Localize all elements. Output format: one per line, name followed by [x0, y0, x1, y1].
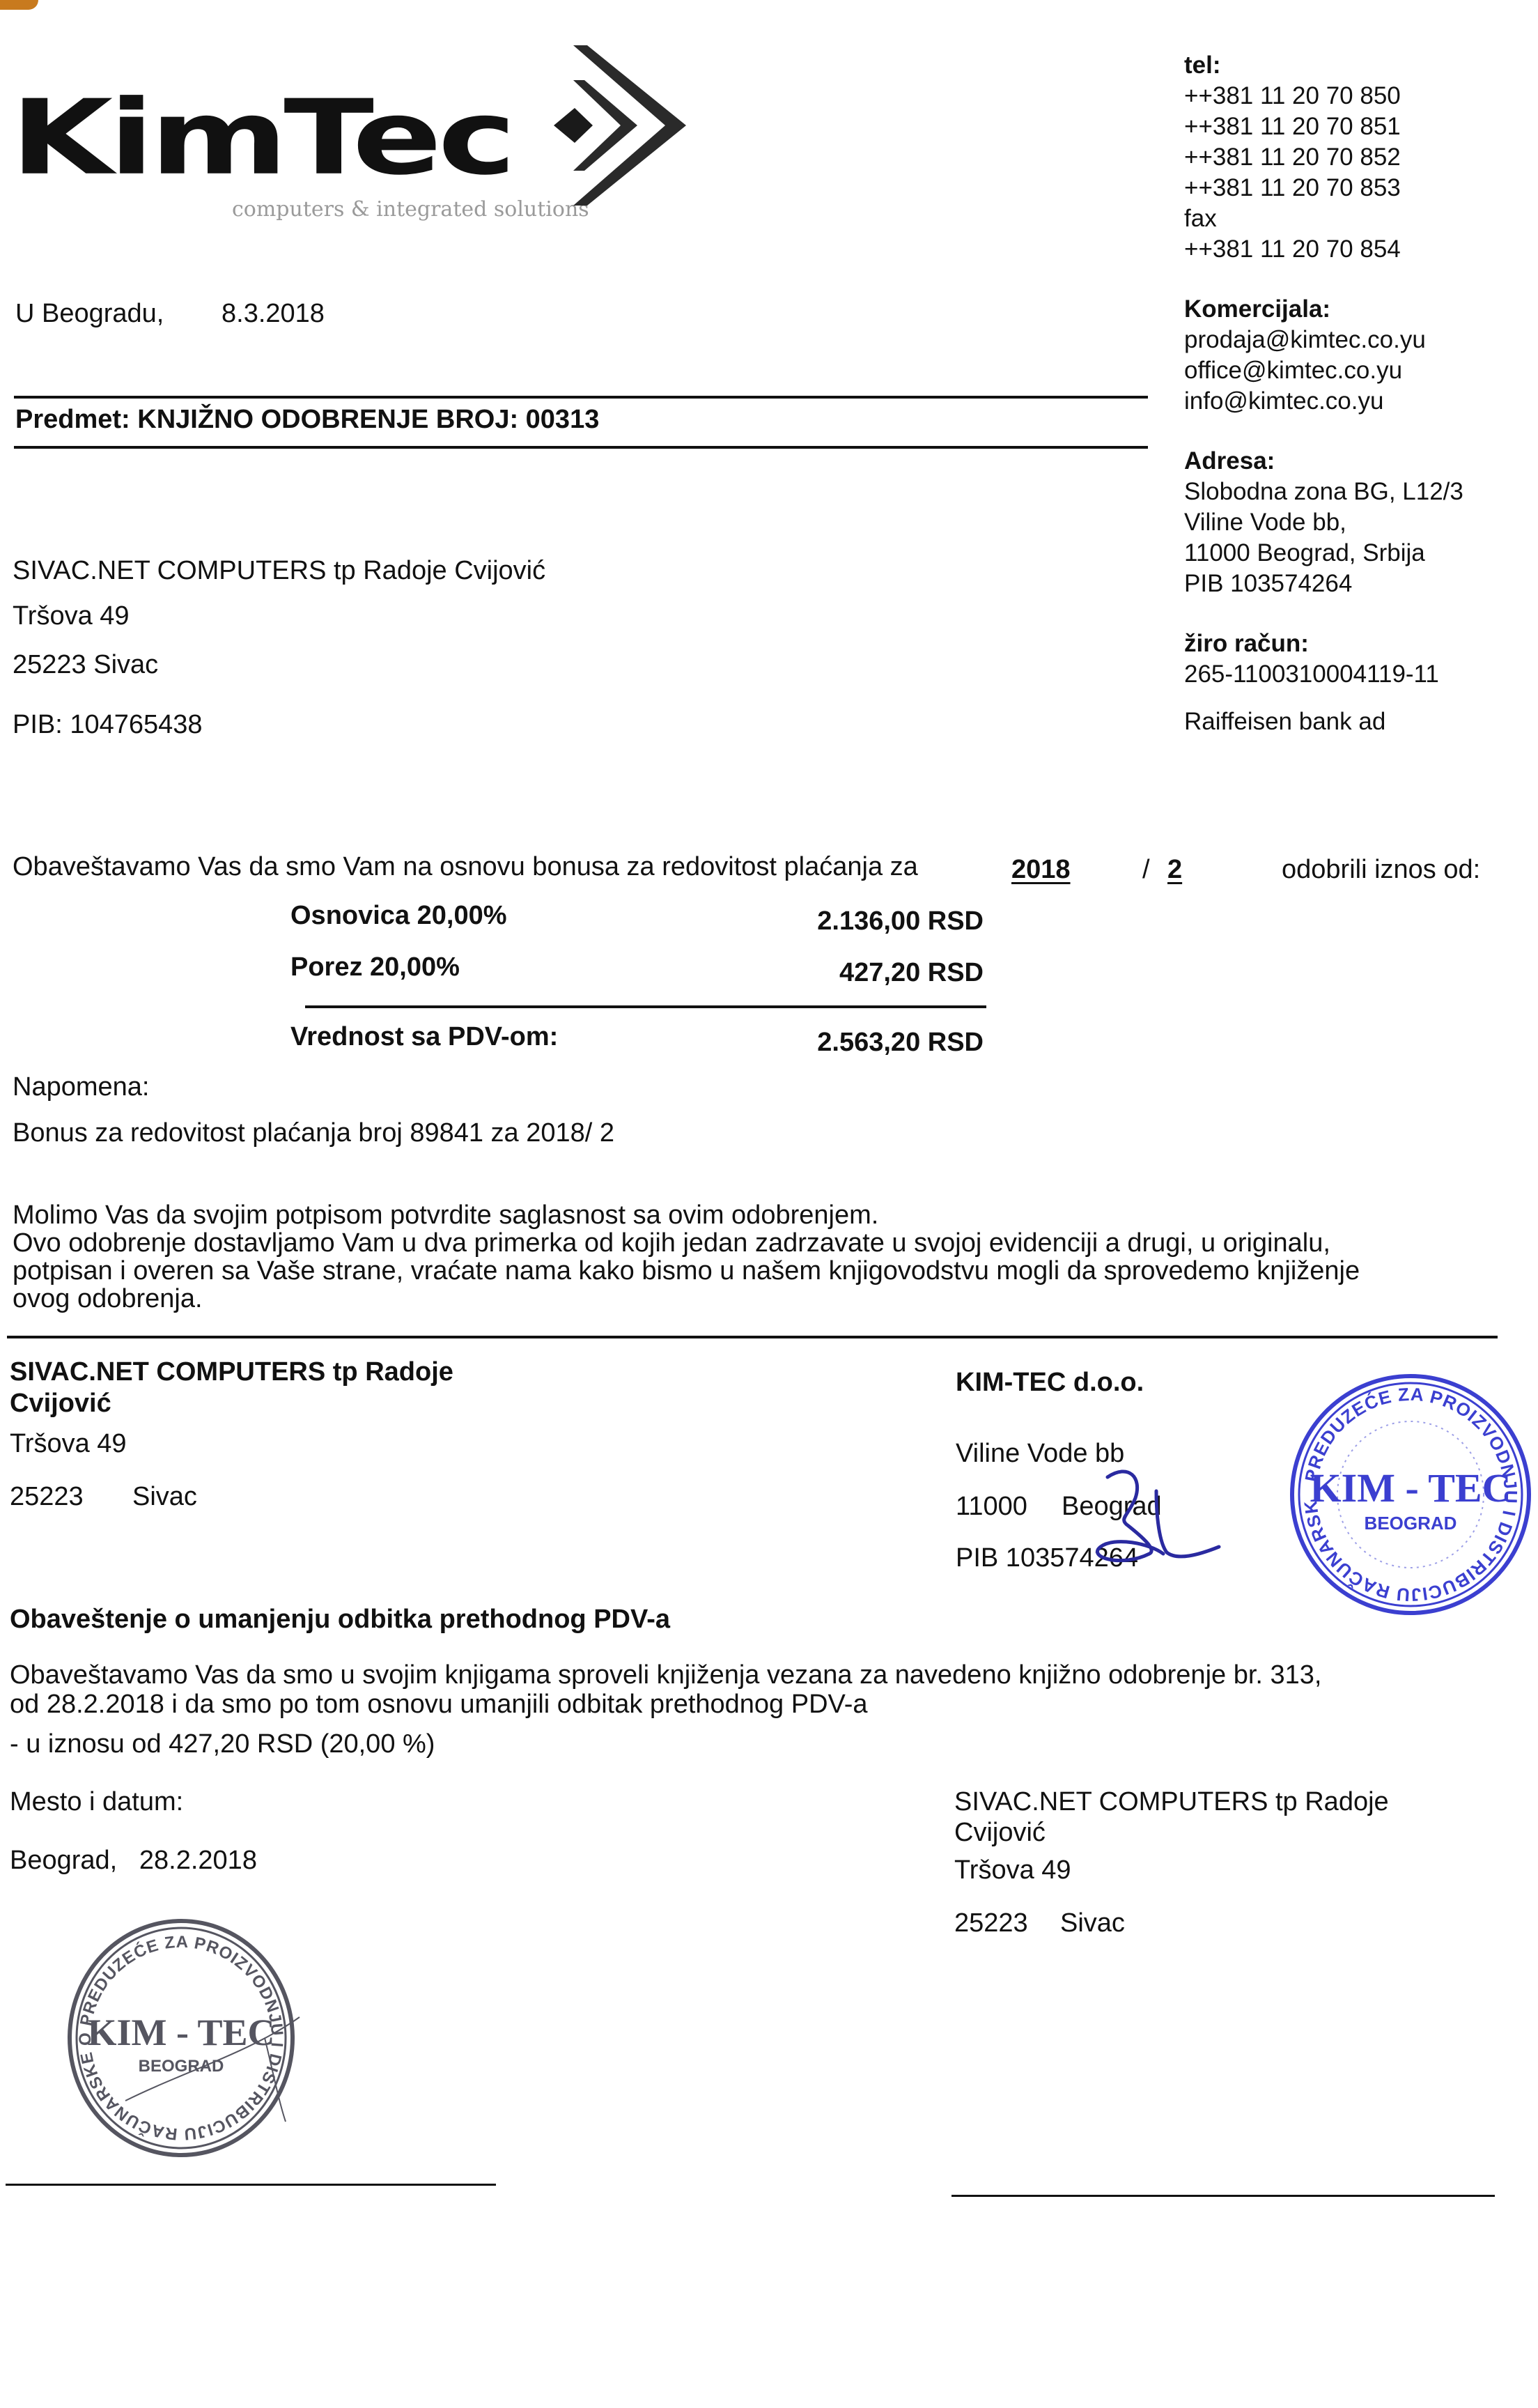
seller-zip: 11000	[956, 1491, 1027, 1522]
signature-mark	[1080, 1463, 1233, 1568]
double-chevron-right-icon	[554, 45, 693, 206]
commercial-label: Komercijala:	[1184, 294, 1463, 325]
scan-corner-mark	[0, 0, 38, 10]
vat-notice-line: od 28.2.2018 i da smo po tom osnovu uman…	[10, 1690, 868, 1719]
address-line-1: Slobodna zona BG, L12/3	[1184, 477, 1463, 507]
signer-name-line2: Cvijović	[954, 1817, 1046, 1848]
svg-text:BEOGRAD: BEOGRAD	[139, 2057, 224, 2076]
company-logo: KimTec computers & integrated solutions	[10, 42, 693, 223]
tel-label: tel:	[1184, 50, 1463, 81]
notice-period: 2	[1167, 854, 1182, 885]
notice-outro: odobrili iznos od:	[1282, 854, 1480, 885]
amount-label-base: Osnovica 20,00%	[290, 900, 507, 931]
recipient-street: Tršova 49	[13, 601, 130, 631]
company-pib: PIB 103574264	[1184, 569, 1463, 599]
divider	[14, 446, 1148, 449]
amount-label-tax: Porez 20,00%	[290, 952, 460, 982]
remark-text: Bonus za redovitost plaćanja broj 89841 …	[13, 1118, 614, 1148]
place-date-value: Beograd, 28.2.2018	[10, 1845, 257, 1876]
email-info[interactable]: info@kimtec.co.yu	[1184, 386, 1463, 417]
phone-4: ++381 11 20 70 853	[1184, 173, 1463, 203]
account-label: žiro račun:	[1184, 628, 1463, 659]
email-office[interactable]: office@kimtec.co.yu	[1184, 355, 1463, 386]
vat-notice-line: Obaveštavamo Vas da smo u svojim knjigam…	[10, 1660, 1321, 1690]
email-sales[interactable]: prodaja@kimtec.co.yu	[1184, 325, 1463, 355]
closing-line: potpisan i overen sa Vaše strane, vraćat…	[13, 1257, 1360, 1285]
fax-number: ++381 11 20 70 854	[1184, 234, 1463, 265]
signer-city: Sivac	[1060, 1908, 1125, 1938]
subject-title: Predmet: KNJIŽNO ODOBRENJE BROJ: 00313	[15, 404, 599, 435]
signer-street: Tršova 49	[954, 1855, 1071, 1885]
buyer-street: Tršova 49	[10, 1428, 127, 1459]
fax-label: fax	[1184, 203, 1463, 234]
address-line-2: Viline Vode bb,	[1184, 507, 1463, 538]
recipient-city: 25223 Sivac	[13, 649, 158, 680]
signer-zip: 25223	[954, 1908, 1028, 1938]
recipient-name: SIVAC.NET COMPUTERS tp Radoje Cvijović	[13, 555, 545, 586]
logo-wordmark: KimTec	[10, 84, 512, 192]
buyer-name-line2: Cvijović	[10, 1388, 111, 1419]
bank-name: Raiffeisen bank ad	[1184, 707, 1463, 737]
logo-tagline: computers & integrated solutions	[232, 197, 589, 222]
vat-notice-line: - u iznosu od 427,20 RSD (20,00 %)	[10, 1729, 435, 1759]
svg-text:BEOGRAD: BEOGRAD	[1365, 1513, 1457, 1534]
recipient-pib: PIB: 104765438	[13, 709, 203, 740]
seller-name: KIM-TEC d.o.o.	[956, 1367, 1144, 1398]
notice-intro: Obaveštavamo Vas da smo Vam na osnovu bo…	[13, 851, 918, 882]
notice-slash: /	[1142, 854, 1150, 885]
contact-block: tel: ++381 11 20 70 850 ++381 11 20 70 8…	[1184, 50, 1463, 737]
phone-3: ++381 11 20 70 852	[1184, 142, 1463, 173]
place-date-label: Mesto i datum:	[10, 1786, 183, 1817]
amount-value-base: 2.136,00 RSD	[759, 906, 984, 936]
signer-name-line1: SIVAC.NET COMPUTERS tp Radoje	[954, 1786, 1389, 1817]
company-stamp-blue: PREDUZEĆE ZA PROIZVODNJU I DISTRIBUCIJU …	[1285, 1369, 1536, 1620]
vat-notice-title: Obaveštenje o umanjenju odbitka prethodn…	[10, 1604, 670, 1635]
divider	[7, 1336, 1498, 1338]
closing-line: Molimo Vas da svojim potpisom potvrdite …	[13, 1201, 1360, 1229]
place-label: U Beogradu,	[15, 298, 164, 329]
notice-year: 2018	[1011, 854, 1071, 885]
total-label: Vrednost sa PDV-om:	[290, 1021, 558, 1052]
closing-paragraph: Molimo Vas da svojim potpisom potvrdite …	[13, 1201, 1360, 1313]
company-stamp-gray: PREDUZEĆE ZA PROIZVODNJU I DISTRIBUCIJU …	[56, 1913, 306, 2163]
address-line-3: 11000 Beograd, Srbija	[1184, 538, 1463, 569]
total-value: 2.563,20 RSD	[759, 1027, 984, 1058]
phone-1: ++381 11 20 70 850	[1184, 81, 1463, 111]
closing-line: ovog odobrenja.	[13, 1285, 1360, 1313]
document-date: 8.3.2018	[222, 298, 325, 329]
remark-label: Napomena:	[13, 1072, 149, 1102]
divider	[14, 396, 1148, 399]
address-label: Adresa:	[1184, 446, 1463, 477]
account-number: 265-1100310004119-11	[1184, 659, 1463, 690]
phone-2: ++381 11 20 70 851	[1184, 111, 1463, 142]
buyer-city: Sivac	[132, 1481, 197, 1512]
totals-divider	[305, 1005, 986, 1008]
closing-line: Ovo odobrenje dostavljamo Vam u dva prim…	[13, 1229, 1360, 1257]
svg-text:KIM - TEC: KIM - TEC	[1310, 1465, 1512, 1511]
buyer-name-line1: SIVAC.NET COMPUTERS tp Radoje	[10, 1357, 453, 1387]
amount-value-tax: 427,20 RSD	[759, 957, 984, 988]
signature-line-right	[951, 2195, 1495, 2197]
buyer-zip: 25223	[10, 1481, 84, 1512]
signature-line-left	[6, 2184, 496, 2186]
